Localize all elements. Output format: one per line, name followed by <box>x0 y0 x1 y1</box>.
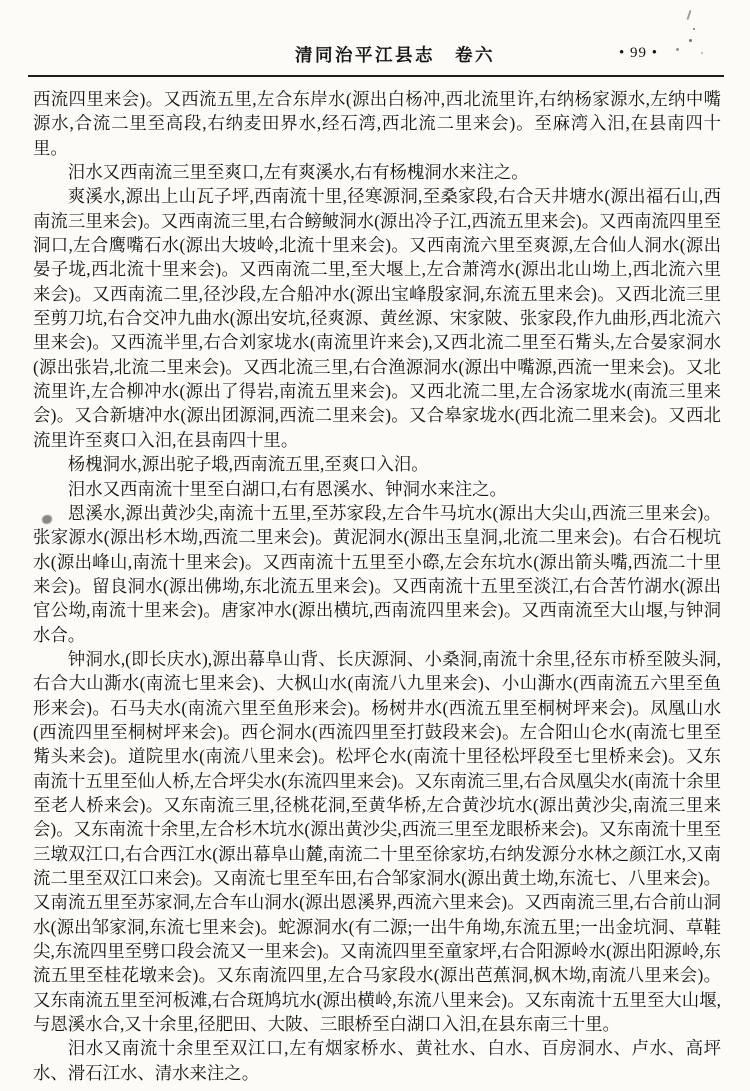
body-paragraph: 杨槐洞水,源出驼子塅,西南流五里,至爽口入汨。 <box>33 452 721 476</box>
body-paragraph: 汨水又西南流十里至白湖口,右有恩溪水、钟洞水来注之。 <box>33 477 721 501</box>
body-paragraph: 汨水又西南流三里至爽口,左有爽溪水,右有杨槐洞水来注之。 <box>33 160 721 184</box>
ink-speck <box>687 10 692 20</box>
ink-speck <box>689 39 692 42</box>
body-paragraph: 西流四里来会)。又西流五里,左合东岸水(源出白杨冲,西北流里许,右纳杨家源水,左… <box>33 87 721 160</box>
body-paragraph: 钟洞水,(即长庆水),源出幕阜山背、长庆源洞、小桑洞,南流十余里,径东市桥至陂头… <box>33 647 721 1037</box>
header-divider <box>28 75 724 77</box>
body-paragraph: 爽溪水,源出上山瓦子坪,西南流十里,径寒源洞,至桑家段,右合天井塘水(源出福石山… <box>33 184 721 452</box>
body-paragraph: 汨水又南流十余里至双江口,左有烟家桥水、黄社水、白水、百房洞水、卢水、高坪水、滑… <box>33 1036 721 1085</box>
body-paragraph: 恩溪水,源出黄沙尖,南流十五里,至苏家段,左合牛马坑水(源出大尖山,西流三里来会… <box>33 501 721 647</box>
book-title: 清同治平江县志 卷六 <box>295 42 495 67</box>
running-head: 清同治平江县志 卷六 • 99 • <box>30 42 722 68</box>
scanned-gazetteer-page: 清同治平江县志 卷六 • 99 • 西流四里来会)。又西流五里,左合东岸水(源出… <box>0 0 750 1091</box>
ink-speck <box>676 48 679 51</box>
page-number: • 99 • <box>619 45 658 62</box>
body-text: 西流四里来会)。又西流五里,左合东岸水(源出白杨冲,西北流里许,右纳杨家源水,左… <box>33 87 721 1085</box>
ink-speck <box>701 52 703 54</box>
ink-speck <box>693 28 695 30</box>
